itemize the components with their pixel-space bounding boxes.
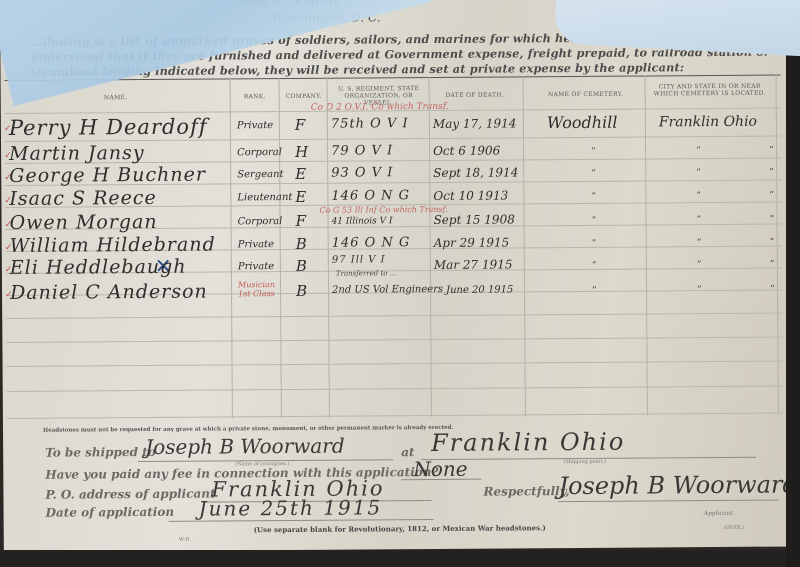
cell-company: B	[296, 235, 307, 253]
cell-extra: ”	[770, 238, 775, 248]
shipped-to-value: Joseph B Woorward	[145, 434, 345, 459]
background-surface	[0, 550, 800, 567]
cell-regiment: 75th O V I	[331, 116, 409, 132]
cell-company: E	[295, 165, 306, 183]
cell-rank: Private	[238, 261, 274, 272]
cell-date-of-death: Oct 6 1906	[433, 144, 500, 158]
cell-rank: Lieutenant	[237, 192, 292, 203]
cell-date-of-death: Sept 15 1908	[433, 212, 514, 227]
grid-line	[6, 313, 782, 319]
cell-rank: Musician 1st Class	[238, 280, 282, 298]
cell-name: Isaac S Reece	[9, 187, 156, 210]
cell-cemetery: ”	[592, 286, 597, 296]
cell-date-of-death: Apr 29 1915	[434, 235, 510, 250]
cell-date-of-death: Sept 18, 1914	[433, 165, 518, 180]
cell-date-of-death: Mar 27 1915	[434, 257, 513, 272]
cell-rank: Sergeant	[237, 169, 283, 180]
cell-city-state: ”	[697, 285, 702, 295]
col-header-name: NAME.	[61, 94, 171, 102]
cell-cemetery: ”	[591, 192, 596, 202]
grid-line	[7, 386, 783, 392]
cell-extra: ”	[769, 168, 774, 178]
cell-cemetery: ”	[592, 216, 597, 226]
cell-city-state: ”	[696, 168, 701, 178]
cell-name: Eli Heddlebaugh	[10, 256, 187, 279]
cell-city-state: ”	[697, 215, 702, 225]
cell-name: Owen Morgan	[9, 211, 157, 234]
cell-date-of-death: May 17, 1914	[433, 116, 517, 131]
cell-rank: Private	[237, 120, 273, 131]
cell-extra: ”	[770, 215, 775, 225]
cell-rank: Private	[238, 239, 274, 250]
cell-city-state: ”	[696, 191, 701, 201]
col-header-city-state: CITY AND STATE IN OR NEAR WHICH CEMETERY…	[649, 83, 771, 98]
table-row: ✓ Daniel C Anderson Musician 1st Class B…	[2, 276, 792, 304]
cell-company: F	[295, 116, 306, 134]
background-edge	[786, 0, 800, 567]
cell-regiment: 41 Illinois V I	[332, 216, 393, 226]
cell-extra: ”	[769, 146, 774, 156]
cell-company: B	[296, 257, 307, 275]
fee-value: None	[413, 457, 467, 481]
cell-name: Martin Jansy	[9, 142, 145, 165]
grid-line	[6, 337, 782, 343]
date-of-application-value: June 25th 1915	[198, 495, 382, 520]
cell-cemetery: ”	[592, 261, 597, 271]
table-row: ✓ Eli Heddlebaugh Private B 97 Ill V I M…	[2, 251, 792, 279]
cell-city-state: ”	[696, 146, 701, 156]
col-header-date-of-death: DATE OF DEATH.	[433, 91, 517, 99]
cell-cemetery: ”	[592, 239, 597, 249]
cell-cemetery: Woodhill	[547, 113, 618, 132]
cell-name: George H Buchner	[9, 164, 206, 187]
col-header-company: COMPANY.	[281, 93, 327, 100]
cell-rank: Corporal	[237, 147, 282, 158]
cell-name: William Hildebrand	[10, 234, 216, 257]
date-of-application-label: Date of application	[46, 505, 175, 520]
cell-date-of-death: June 20 1915	[446, 284, 513, 295]
cell-regiment: 146 O N G	[332, 235, 411, 251]
po-address-label: P. O. address of applicant	[45, 487, 215, 502]
table-row: ✓ Perry H Deardoff Private F 75th O V I …	[1, 110, 791, 138]
cell-regiment: 2nd US Vol Engineers	[332, 284, 443, 296]
cell-regiment: 79 O V I	[331, 143, 393, 158]
headstone-application-form: ...eral, U. S. Army, Washington, D. C. .…	[0, 0, 794, 552]
cell-company: H	[295, 143, 308, 161]
grid-line	[7, 361, 783, 367]
cell-cemetery: ”	[591, 169, 596, 179]
shipping-caption: (Shipping point.)	[563, 459, 606, 465]
cell-date-of-death: Oct 10 1913	[433, 188, 508, 203]
cell-cemetery: ”	[591, 147, 596, 157]
cell-rank: Corporal	[238, 216, 283, 227]
cell-regiment: 93 O V I	[331, 165, 393, 180]
respectfully-label: Respectfully,	[483, 484, 569, 499]
shipped-to-label: To be shipped to	[45, 445, 156, 460]
cell-regiment: 146 O N G	[331, 188, 410, 204]
col-header-cemetery: NAME OF CEMETERY.	[531, 91, 641, 99]
over-note: (OVER.)	[724, 525, 745, 531]
notice-text: Headstones must not be requested for any…	[43, 425, 453, 434]
cell-city-state: ”	[697, 238, 702, 248]
cell-extra: ”	[770, 285, 775, 295]
separate-blank-note: (Use separate blank for Revolutionary, 1…	[254, 523, 546, 534]
grid-line	[7, 413, 783, 419]
cell-extra: ”	[769, 191, 774, 201]
col-header-rank: RANK.	[233, 93, 277, 100]
cell-city-state: Franklin Ohio	[659, 114, 757, 131]
cell-name: Daniel C Anderson	[10, 281, 208, 304]
cell-company: E	[295, 188, 306, 206]
cell-company: F	[295, 212, 306, 230]
at-value: Franklin Ohio	[431, 428, 625, 457]
cell-regiment: 97 Ill V I	[332, 254, 386, 265]
row-note: Transferred to ...	[336, 269, 397, 277]
cell-extra: ”	[770, 260, 775, 270]
cell-city-state: ”	[697, 260, 702, 270]
applicant-signature: Joseph B Woorward	[558, 470, 798, 500]
cell-name: Perry H Deardoff	[9, 115, 208, 140]
applicant-caption: Applicant.	[704, 510, 735, 517]
cell-company: B	[296, 282, 307, 300]
form-number: W-II	[179, 537, 189, 543]
signature-line	[559, 500, 779, 503]
